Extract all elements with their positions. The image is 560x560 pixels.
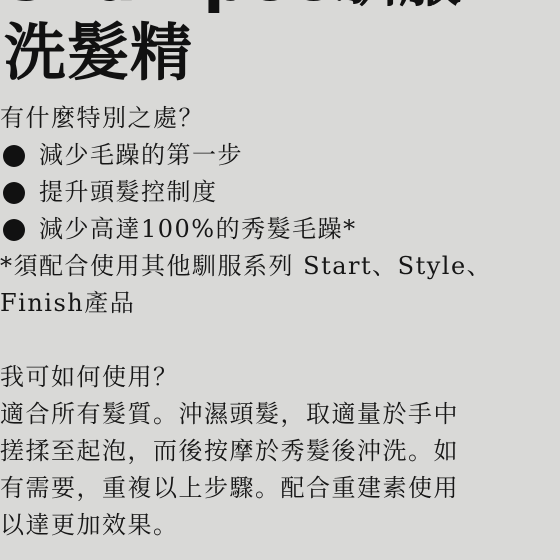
product-description-page: Shampoo馴服 洗髮精 有什麼特別之處？ 減少毛躁的第一步 提升頭髮控制度 …: [0, 0, 560, 560]
features-heading: 有什麼特別之處？: [0, 100, 560, 137]
product-title-line-1: Shampoo馴服: [4, 0, 462, 16]
feature-item-text: 減少高達100%的秀髮毛躁*: [39, 211, 357, 248]
feature-item: 減少毛躁的第一步: [0, 137, 560, 174]
bullet-icon: [3, 182, 25, 204]
feature-item-text: 減少毛躁的第一步: [39, 137, 243, 174]
feature-item: 提升頭髮控制度: [0, 174, 560, 211]
footnote-line-1: *須配合使用其他馴服系列 Start、Style、: [0, 248, 560, 285]
usage-text-line: 有需要，重複以上步驟。配合重建素使用: [0, 470, 560, 507]
bullet-icon: [3, 219, 25, 241]
feature-item-text: 提升頭髮控制度: [39, 174, 218, 211]
usage-heading: 我可如何使用？: [0, 359, 560, 396]
bullet-icon: [3, 145, 25, 167]
usage-text-line: 適合所有髮質。沖濕頭髮，取適量於手中: [0, 396, 560, 433]
product-title: Shampoo馴服 洗髮精: [4, 0, 462, 90]
usage-text-line: 搓揉至起泡，而後按摩於秀髮後沖洗。如: [0, 433, 560, 470]
product-body: 有什麼特別之處？ 減少毛躁的第一步 提升頭髮控制度 減少高達100%的秀髮毛躁*…: [0, 100, 560, 544]
footnote-line-2: Finish產品: [0, 285, 560, 322]
usage-text-line: 以達更加效果。: [0, 507, 560, 544]
section-spacer: [0, 322, 560, 359]
product-title-line-2: 洗髮精: [4, 16, 462, 90]
feature-item: 減少高達100%的秀髮毛躁*: [0, 211, 560, 248]
